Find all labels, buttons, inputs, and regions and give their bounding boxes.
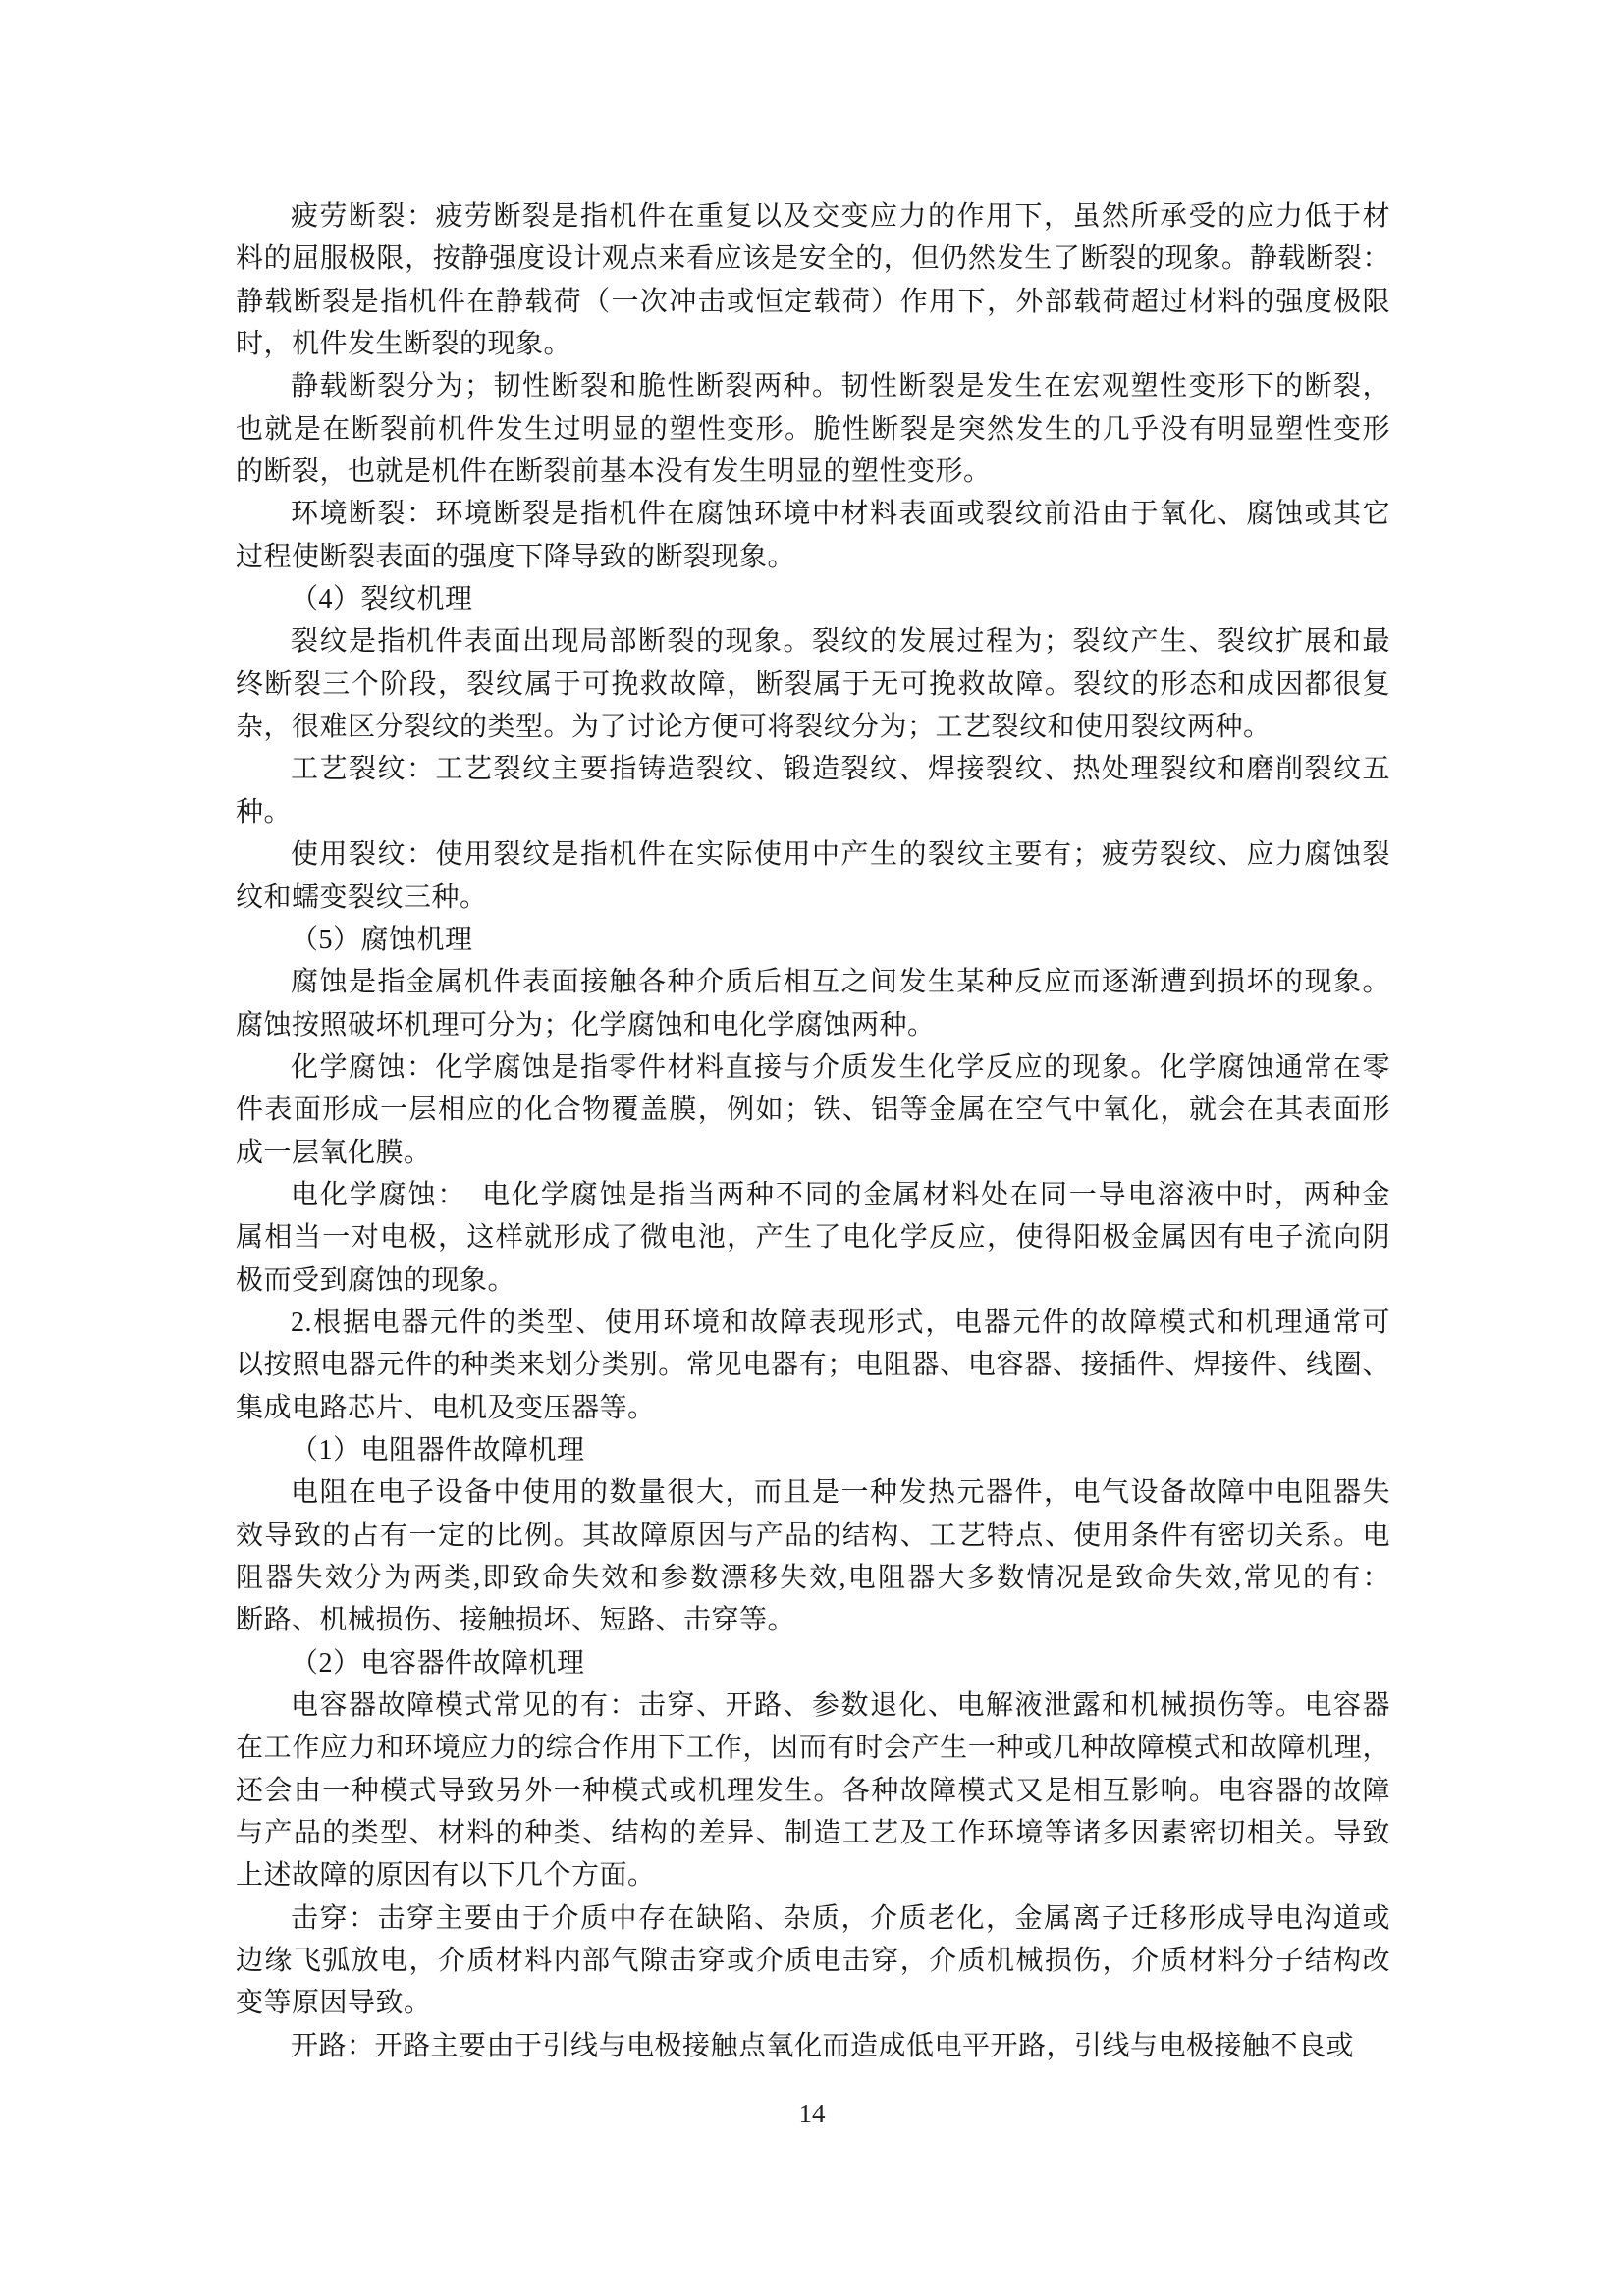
text-line: 属相当一对电极，这样就形成了微电池，产生了电化学反应，使得阳极金属因有电子流向阴 — [236, 1216, 1390, 1258]
paragraph: 环境断裂：环境断裂是指机件在腐蚀环境中材料表面或裂纹前沿由于氧化、腐蚀或其它过程… — [236, 493, 1390, 578]
text-line: 环境断裂：环境断裂是指机件在腐蚀环境中材料表面或裂纹前沿由于氧化、腐蚀或其它 — [236, 493, 1390, 535]
text-line: 种。 — [236, 791, 1390, 833]
text-line: 过程使断裂表面的强度下降导致的断裂现象。 — [236, 536, 1390, 578]
text-line: （1）电阻器件故障机理 — [236, 1429, 1390, 1471]
paragraph: 腐蚀是指金属机件表面接触各种介质后相互之间发生某种反应而逐渐遭到损坏的现象。腐蚀… — [236, 961, 1390, 1046]
text-line: 断路、机械损伤、接触损坏、短路、击穿等。 — [236, 1599, 1390, 1641]
text-line: 料的屈服极限，按静强度设计观点来看应该是安全的，但仍然发生了断裂的现象。静载断裂… — [236, 238, 1390, 280]
text-line: （2）电容器件故障机理 — [236, 1642, 1390, 1684]
paragraph: 开路：开路主要由于引线与电极接触点氧化而造成低电平开路，引线与电极接触不良或 — [236, 2025, 1390, 2067]
text-line: 纹和蠕变裂纹三种。 — [236, 877, 1390, 919]
text-line: 开路：开路主要由于引线与电极接触点氧化而造成低电平开路，引线与电极接触不良或 — [236, 2025, 1390, 2067]
text-line: 的断裂，也就是机件在断裂前基本没有发生明显的塑性变形。 — [236, 451, 1390, 493]
paragraph: 使用裂纹：使用裂纹是指机件在实际使用中产生的裂纹主要有；疲劳裂纹、应力腐蚀裂纹和… — [236, 833, 1390, 919]
text-line: 击穿：击穿主要由于介质中存在缺陷、杂质，介质老化，金属离子迁移形成导电沟道或 — [236, 1897, 1390, 1940]
paragraph: （2）电容器件故障机理 — [236, 1642, 1390, 1684]
text-line: 腐蚀按照破坏机理可分为；化学腐蚀和电化学腐蚀两种。 — [236, 1004, 1390, 1046]
text-line: （5）腐蚀机理 — [236, 919, 1390, 961]
text-line: 上述故障的原因有以下几个方面。 — [236, 1854, 1390, 1896]
text-line: 静载断裂分为；韧性断裂和脆性断裂两种。韧性断裂是发生在宏观塑性变形下的断裂， — [236, 365, 1390, 407]
paragraph: 静载断裂分为；韧性断裂和脆性断裂两种。韧性断裂是发生在宏观塑性变形下的断裂，也就… — [236, 365, 1390, 493]
paragraph: （1）电阻器件故障机理 — [236, 1429, 1390, 1471]
text-line: 使用裂纹：使用裂纹是指机件在实际使用中产生的裂纹主要有；疲劳裂纹、应力腐蚀裂 — [236, 833, 1390, 876]
text-line: 以按照电器元件的种类来划分类别。常见电器有；电阻器、电容器、接插件、焊接件、线圈… — [236, 1344, 1390, 1386]
text-line: 工艺裂纹：工艺裂纹主要指铸造裂纹、锻造裂纹、焊接裂纹、热处理裂纹和磨削裂纹五 — [236, 748, 1390, 790]
text-line: 电阻在电子设备中使用的数量很大，而且是一种发热元器件，电气设备故障中电阻器失 — [236, 1471, 1390, 1514]
text-line: 集成电路芯片、电机及变压器等。 — [236, 1387, 1390, 1429]
text-line: 与产品的类型、材料的种类、结构的差异、制造工艺及工作环境等诸多因素密切相关。导致 — [236, 1812, 1390, 1854]
text-line: 效导致的占有一定的比例。其故障原因与产品的结构、工艺特点、使用条件有密切关系。电 — [236, 1515, 1390, 1557]
paragraph: （4）裂纹机理 — [236, 578, 1390, 620]
text-line: 疲劳断裂：疲劳断裂是指机件在重复以及交变应力的作用下，虽然所承受的应力低于材 — [236, 195, 1390, 238]
page-number: 14 — [0, 2099, 1624, 2129]
text-line: 也就是在断裂前机件发生过明显的塑性变形。脆性断裂是突然发生的几乎没有明显塑性变形 — [236, 408, 1390, 451]
text-line: 时，机件发生断裂的现象。 — [236, 323, 1390, 365]
text-line: 件表面形成一层相应的化合物覆盖膜，例如；铁、铝等金属在空气中氧化，就会在其表面形 — [236, 1089, 1390, 1131]
text-line: 在工作应力和环境应力的综合作用下工作，因而有时会产生一种或几种故障模式和故障机理… — [236, 1727, 1390, 1769]
text-line: 阻器失效分为两类,即致命失效和参数漂移失效,电阻器大多数情况是致命失效,常见的有… — [236, 1557, 1390, 1599]
paragraph: 裂纹是指机件表面出现局部断裂的现象。裂纹的发展过程为；裂纹产生、裂纹扩展和最终断… — [236, 620, 1390, 748]
text-line: 化学腐蚀：化学腐蚀是指零件材料直接与介质发生化学反应的现象。化学腐蚀通常在零 — [236, 1046, 1390, 1089]
paragraph: 击穿：击穿主要由于介质中存在缺陷、杂质，介质老化，金属离子迁移形成导电沟道或边缘… — [236, 1897, 1390, 2025]
text-line: （4）裂纹机理 — [236, 578, 1390, 620]
paragraph: 电容器故障模式常见的有：击穿、开路、参数退化、电解液泄露和机械损伤等。电容器在工… — [236, 1684, 1390, 1897]
text-line: 杂，很难区分裂纹的类型。为了讨论方便可将裂纹分为；工艺裂纹和使用裂纹两种。 — [236, 706, 1390, 748]
text-line: 裂纹是指机件表面出现局部断裂的现象。裂纹的发展过程为；裂纹产生、裂纹扩展和最 — [236, 620, 1390, 663]
document-body: 疲劳断裂：疲劳断裂是指机件在重复以及交变应力的作用下，虽然所承受的应力低于材料的… — [236, 195, 1390, 2067]
paragraph: 化学腐蚀：化学腐蚀是指零件材料直接与介质发生化学反应的现象。化学腐蚀通常在零件表… — [236, 1046, 1390, 1174]
text-line: 2.根据电器元件的类型、使用环境和故障表现形式，电器元件的故障模式和机理通常可 — [236, 1302, 1390, 1344]
text-line: 极而受到腐蚀的现象。 — [236, 1259, 1390, 1302]
text-line: 边缘飞弧放电，介质材料内部气隙击穿或介质电击穿，介质机械损伤，介质材料分子结构改 — [236, 1940, 1390, 1982]
text-line: 电容器故障模式常见的有：击穿、开路、参数退化、电解液泄露和机械损伤等。电容器 — [236, 1684, 1390, 1727]
text-line: 还会由一种模式导致另外一种模式或机理发生。各种故障模式又是相互影响。电容器的故障 — [236, 1770, 1390, 1812]
paragraph: 电化学腐蚀： 电化学腐蚀是指当两种不同的金属材料处在同一导电溶液中时，两种金属相… — [236, 1174, 1390, 1302]
text-line: 腐蚀是指金属机件表面接触各种介质后相互之间发生某种反应而逐渐遭到损坏的现象。 — [236, 961, 1390, 1003]
text-line: 成一层氧化膜。 — [236, 1132, 1390, 1174]
document-page: 疲劳断裂：疲劳断裂是指机件在重复以及交变应力的作用下，虽然所承受的应力低于材料的… — [0, 0, 1624, 2296]
text-line: 终断裂三个阶段，裂纹属于可挽救故障，断裂属于无可挽救故障。裂纹的形态和成因都很复 — [236, 664, 1390, 706]
paragraph: 电阻在电子设备中使用的数量很大，而且是一种发热元器件，电气设备故障中电阻器失效导… — [236, 1471, 1390, 1641]
paragraph: 疲劳断裂：疲劳断裂是指机件在重复以及交变应力的作用下，虽然所承受的应力低于材料的… — [236, 195, 1390, 365]
text-line: 静载断裂是指机件在静载荷（一次冲击或恒定载荷）作用下，外部载荷超过材料的强度极限 — [236, 281, 1390, 323]
text-line: 电化学腐蚀： 电化学腐蚀是指当两种不同的金属材料处在同一导电溶液中时，两种金 — [236, 1174, 1390, 1216]
paragraph: 2.根据电器元件的类型、使用环境和故障表现形式，电器元件的故障模式和机理通常可以… — [236, 1302, 1390, 1429]
paragraph: （5）腐蚀机理 — [236, 919, 1390, 961]
text-line: 变等原因导致。 — [236, 1982, 1390, 2024]
paragraph: 工艺裂纹：工艺裂纹主要指铸造裂纹、锻造裂纹、焊接裂纹、热处理裂纹和磨削裂纹五种。 — [236, 748, 1390, 833]
